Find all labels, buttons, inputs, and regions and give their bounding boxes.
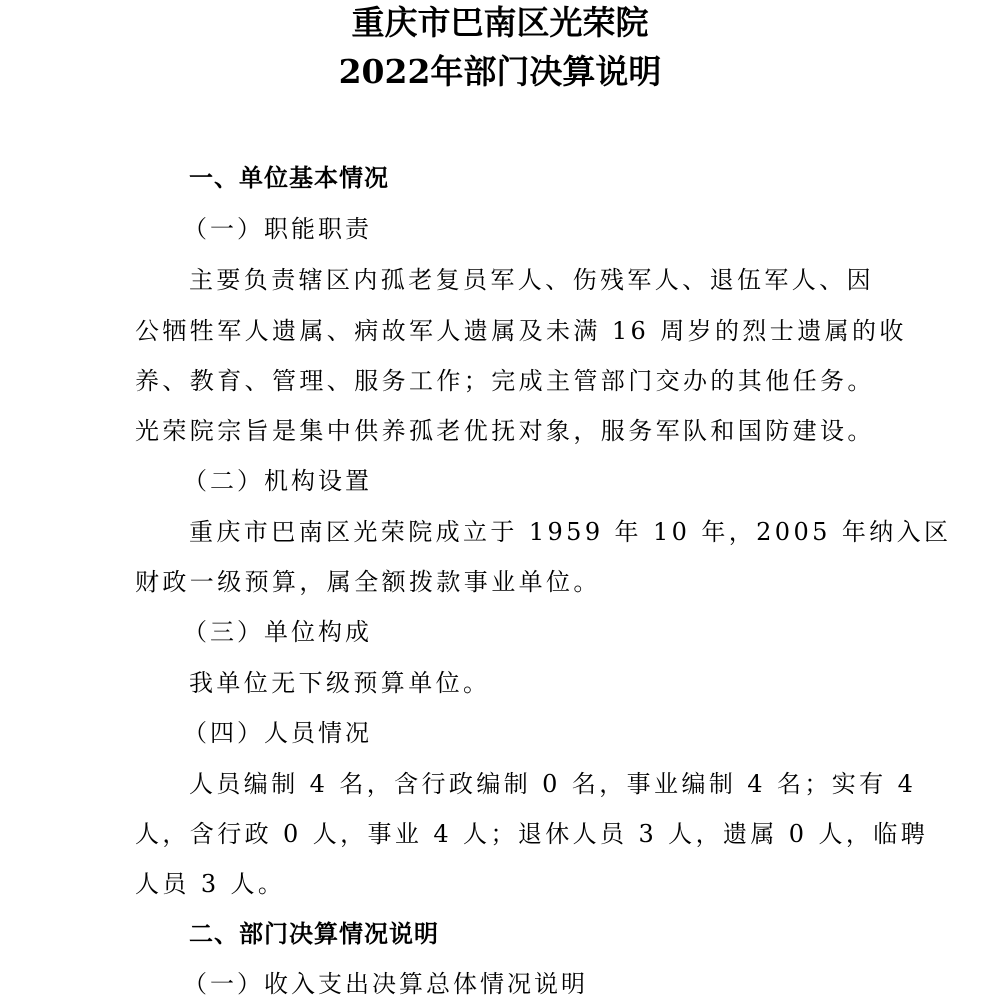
paragraph-line: 人员 3 人。 (135, 869, 285, 899)
subsection-heading-functions: （一）职能职责 (183, 214, 372, 244)
section-heading-final-accounts: 二、部门决算情况说明 (189, 919, 439, 949)
subsection-heading-personnel: （四）人员情况 (183, 718, 372, 748)
subsection-heading-income-expenditure: （一）收入支出决算总体情况说明 (183, 969, 588, 999)
subsection-heading-organization: （二）机构设置 (183, 466, 372, 496)
document-page: 重庆市巴南区光荣院 2022年部门决算说明 一、单位基本情况 （一）职能职责 主… (0, 0, 1000, 1002)
paragraph-line: 公牺牲军人遗属、病故军人遗属及未满 16 周岁的烈士遗属的收 (135, 316, 907, 346)
paragraph-line: 光荣院宗旨是集中供养孤老优抚对象，服务军队和国防建设。 (135, 416, 875, 446)
paragraph-line: 主要负责辖区内孤老复员军人、伤残军人、退伍军人、因 (189, 265, 874, 295)
paragraph-line: 我单位无下级预算单位。 (189, 668, 490, 698)
document-title-line2: 2022年部门决算说明 (0, 52, 1000, 92)
subsection-heading-composition: （三）单位构成 (183, 617, 372, 647)
paragraph-line: 人员编制 4 名，含行政编制 0 名，事业编制 4 名；实有 4 (189, 769, 916, 799)
section-heading-basic-info: 一、单位基本情况 (189, 163, 389, 193)
paragraph-line: 养、教育、管理、服务工作；完成主管部门交办的其他任务。 (135, 366, 875, 396)
document-title-line1: 重庆市巴南区光荣院 (0, 3, 1000, 43)
paragraph-line: 财政一级预算，属全额拨款事业单位。 (135, 567, 601, 597)
paragraph-line: 人，含行政 0 人，事业 4 人；退休人员 3 人，遗属 0 人，临聘 (135, 819, 928, 849)
paragraph-line: 重庆市巴南区光荣院成立于 1959 年 10 年，2005 年纳入区 (189, 517, 951, 547)
